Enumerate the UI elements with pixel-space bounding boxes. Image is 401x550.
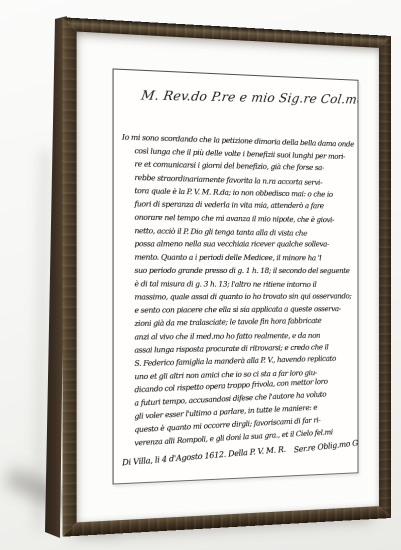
letter-body: Io mi sono scordando che la petizione di… [114,130,358,450]
picture-frame: M. Rev.do P.re e mio Sig.re Col.mo Io mi… [63,17,391,536]
letter-line: possa almeno nella sua vecchiaia ricever… [121,237,351,250]
letter-line: anzi al vivo che il med.mo ho fatto real… [121,329,351,344]
frame-moulding-left [63,17,77,536]
mat-board: M. Rev.do P.re e mio Sig.re Col.mo Io mi… [77,32,379,523]
letter-line: fuori di speranza di vederla in vita mia… [121,197,351,212]
letter-salutation: M. Rev.do P.re e mio Sig.re Col.mo [140,88,342,106]
frame-moulding-right [379,35,391,518]
letter-line: zioni già da me tralasciate; le tavole f… [121,314,351,331]
product-photo-backdrop: M. Rev.do P.re e mio Sig.re Col.mo Io mi… [0,0,401,550]
letter-line: mento. Quanto a i periodi delle Medicee,… [121,250,351,264]
letter-line: è di tal misura di g. 3 h. 13; l'altro n… [121,277,351,291]
letter-line: suo periodo grande presso di g. 1 h. 18;… [121,264,351,277]
manuscript-letter-print: M. Rev.do P.re e mio Sig.re Col.mo Io mi… [113,68,359,484]
